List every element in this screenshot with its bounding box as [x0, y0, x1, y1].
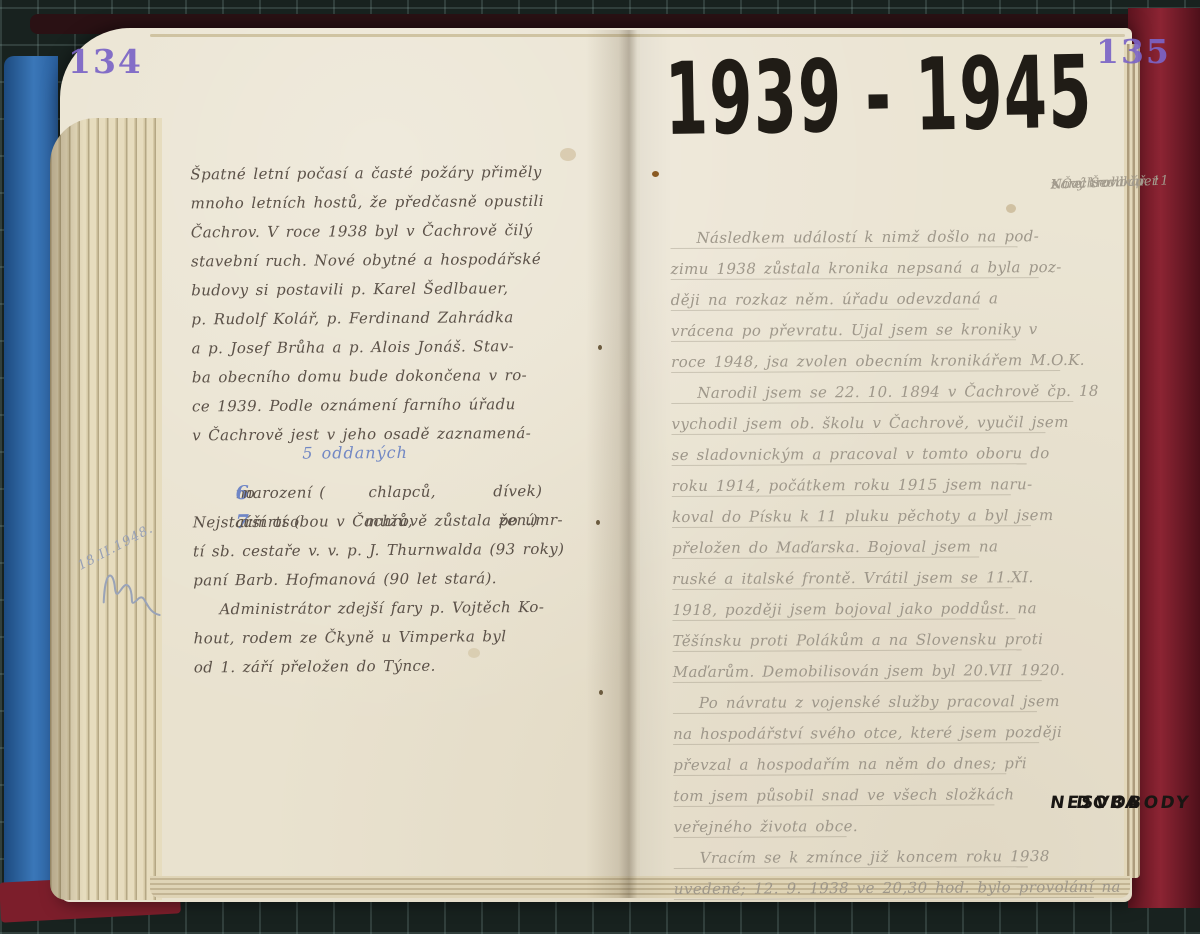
handwritten-line: stavební ruch. Nové obytné a hospodářské: [191, 245, 541, 276]
stitch-speck: [596, 520, 600, 525]
signature-scribble: [96, 556, 170, 626]
handwritten-line: uvedené; 12. 9. 1938 ve 20,30 hod. bylo …: [674, 872, 1121, 905]
handwritten-line: převzal a hospodařím na něm do dnes; při: [673, 748, 1027, 781]
stitch-speck: [599, 690, 603, 695]
handwritten-line: mnoho letních hostů, že předčasně opusti…: [190, 187, 544, 218]
handwritten-line: a p. Josef Brůha a p. Alois Jonáš. Stav-: [191, 332, 514, 363]
handwritten-line: Narodil jsem se 22. 10. 1894 v Čachrově …: [671, 376, 1099, 409]
page-number-right: 135: [1096, 32, 1171, 71]
handwritten-line: přeložen do Maďarska. Bojoval jsem na: [672, 531, 998, 564]
book-gutter-shadow: [586, 30, 672, 898]
handwritten-line: Maďarům. Demobilisován jsem byl 20.VII 1…: [673, 655, 1066, 688]
handwritten-line: vychodil jsem ob. školu v Čachrově, vyuč…: [671, 407, 1069, 440]
handwritten-line: od 1. září přeložen do Týnce.: [194, 652, 436, 683]
handwritten-line: tom jsem působil snad ve všech složkách: [673, 779, 1014, 812]
handwritten-line: Čachrov. V roce 1938 byl v Čachrově čilý: [191, 216, 533, 247]
handwritten-line: Následkem událostí k nimž došlo na pod-: [670, 221, 1039, 254]
handwritten-line: paní Barb. Hofmanová (90 let stará).: [193, 564, 497, 595]
left-page-text-block: Špatné letní počasí a časté požáry přimě…: [190, 100, 594, 712]
handwritten-line: roku 1914, počátkem roku 1915 jsem naru-: [672, 469, 1033, 502]
photo-of-chronicle-spread: 134 Špatné letní počasí a časté požáry p…: [0, 0, 1200, 934]
handwritten-line: na hospodářství svého otce, které jsem p…: [673, 717, 1062, 750]
handwritten-line: koval do Písku k 11 pluku pěchoty a byl …: [672, 500, 1054, 533]
handwritten-line: roce 1948, jsa zvolen obecním kronikářem…: [671, 345, 1085, 378]
stitch-speck: [598, 345, 602, 350]
handwritten-line: ba obecního domu bude dokončena v ro-: [192, 361, 528, 392]
blue-pencil-insertion: 5 oddaných: [302, 438, 408, 468]
margin-note-line: z Čachrova čp. 11: [1050, 162, 1169, 203]
handwritten-line: vrácena po převratu. Ujal jsem se kronik…: [671, 314, 1038, 347]
handwritten-line: tí sb. cestaře v. v. p. J. Thurnwalda (9…: [193, 535, 565, 567]
left-page-edge-stack: [50, 118, 162, 900]
handwritten-line: hout, rodem ze Čkyně u Vimperka byl: [194, 622, 507, 653]
handwritten-line: budovy si postavili p. Karel Šedlbauer,: [191, 274, 508, 305]
chapter-title-1939-1945: 1939 - 1945: [664, 43, 1093, 154]
handwritten-line: veřejného života obce.: [673, 811, 858, 843]
handwritten-line: Administrátor zdejší fary p. Vojtěch Ko-: [193, 593, 544, 624]
handwritten-line: 1918, později jsem bojoval jako poddůst.…: [672, 593, 1037, 626]
births-rest: narození ( chlapců, dívek): [236, 477, 543, 508]
handwritten-line: Nejstarší osobou v Čachrově zůstala po ú…: [193, 506, 563, 538]
handwritten-line: se sladovnickým a pracoval v tomto oboru…: [672, 438, 1050, 471]
handwritten-line: ce 1939. Podle oznámení farního úřadu: [192, 390, 516, 421]
handwritten-line: ději na rozkaz něm. úřadu odevzdaná a: [671, 283, 999, 316]
handwritten-line: Těšínsku proti Polákům a na Slovensku pr…: [672, 624, 1043, 657]
handwritten-line: Špatné letní počasí a časté požáry přimě…: [190, 158, 542, 189]
handwritten-line: p. Rudolf Kolář, p. Ferdinand Zahrádka: [191, 303, 513, 334]
right-page-text-block: Následkem událostí k nimž došlo na pod- …: [670, 159, 1076, 905]
caption-line: NESVOBODY: [1048, 790, 1192, 817]
ink-dot: [652, 171, 659, 177]
handwritten-line: Vracím se k zmínce již koncem roku 1938: [674, 841, 1050, 874]
handwritten-line: Po návratu z vojenské služby pracoval js…: [673, 686, 1060, 719]
handwritten-line: zimu 1938 zůstala kronika nepsaná a byla…: [671, 252, 1062, 285]
handwritten-line: ruské a italské frontě. Vrátil jsem se 1…: [672, 562, 1034, 595]
page-number-left: 134: [68, 42, 143, 81]
